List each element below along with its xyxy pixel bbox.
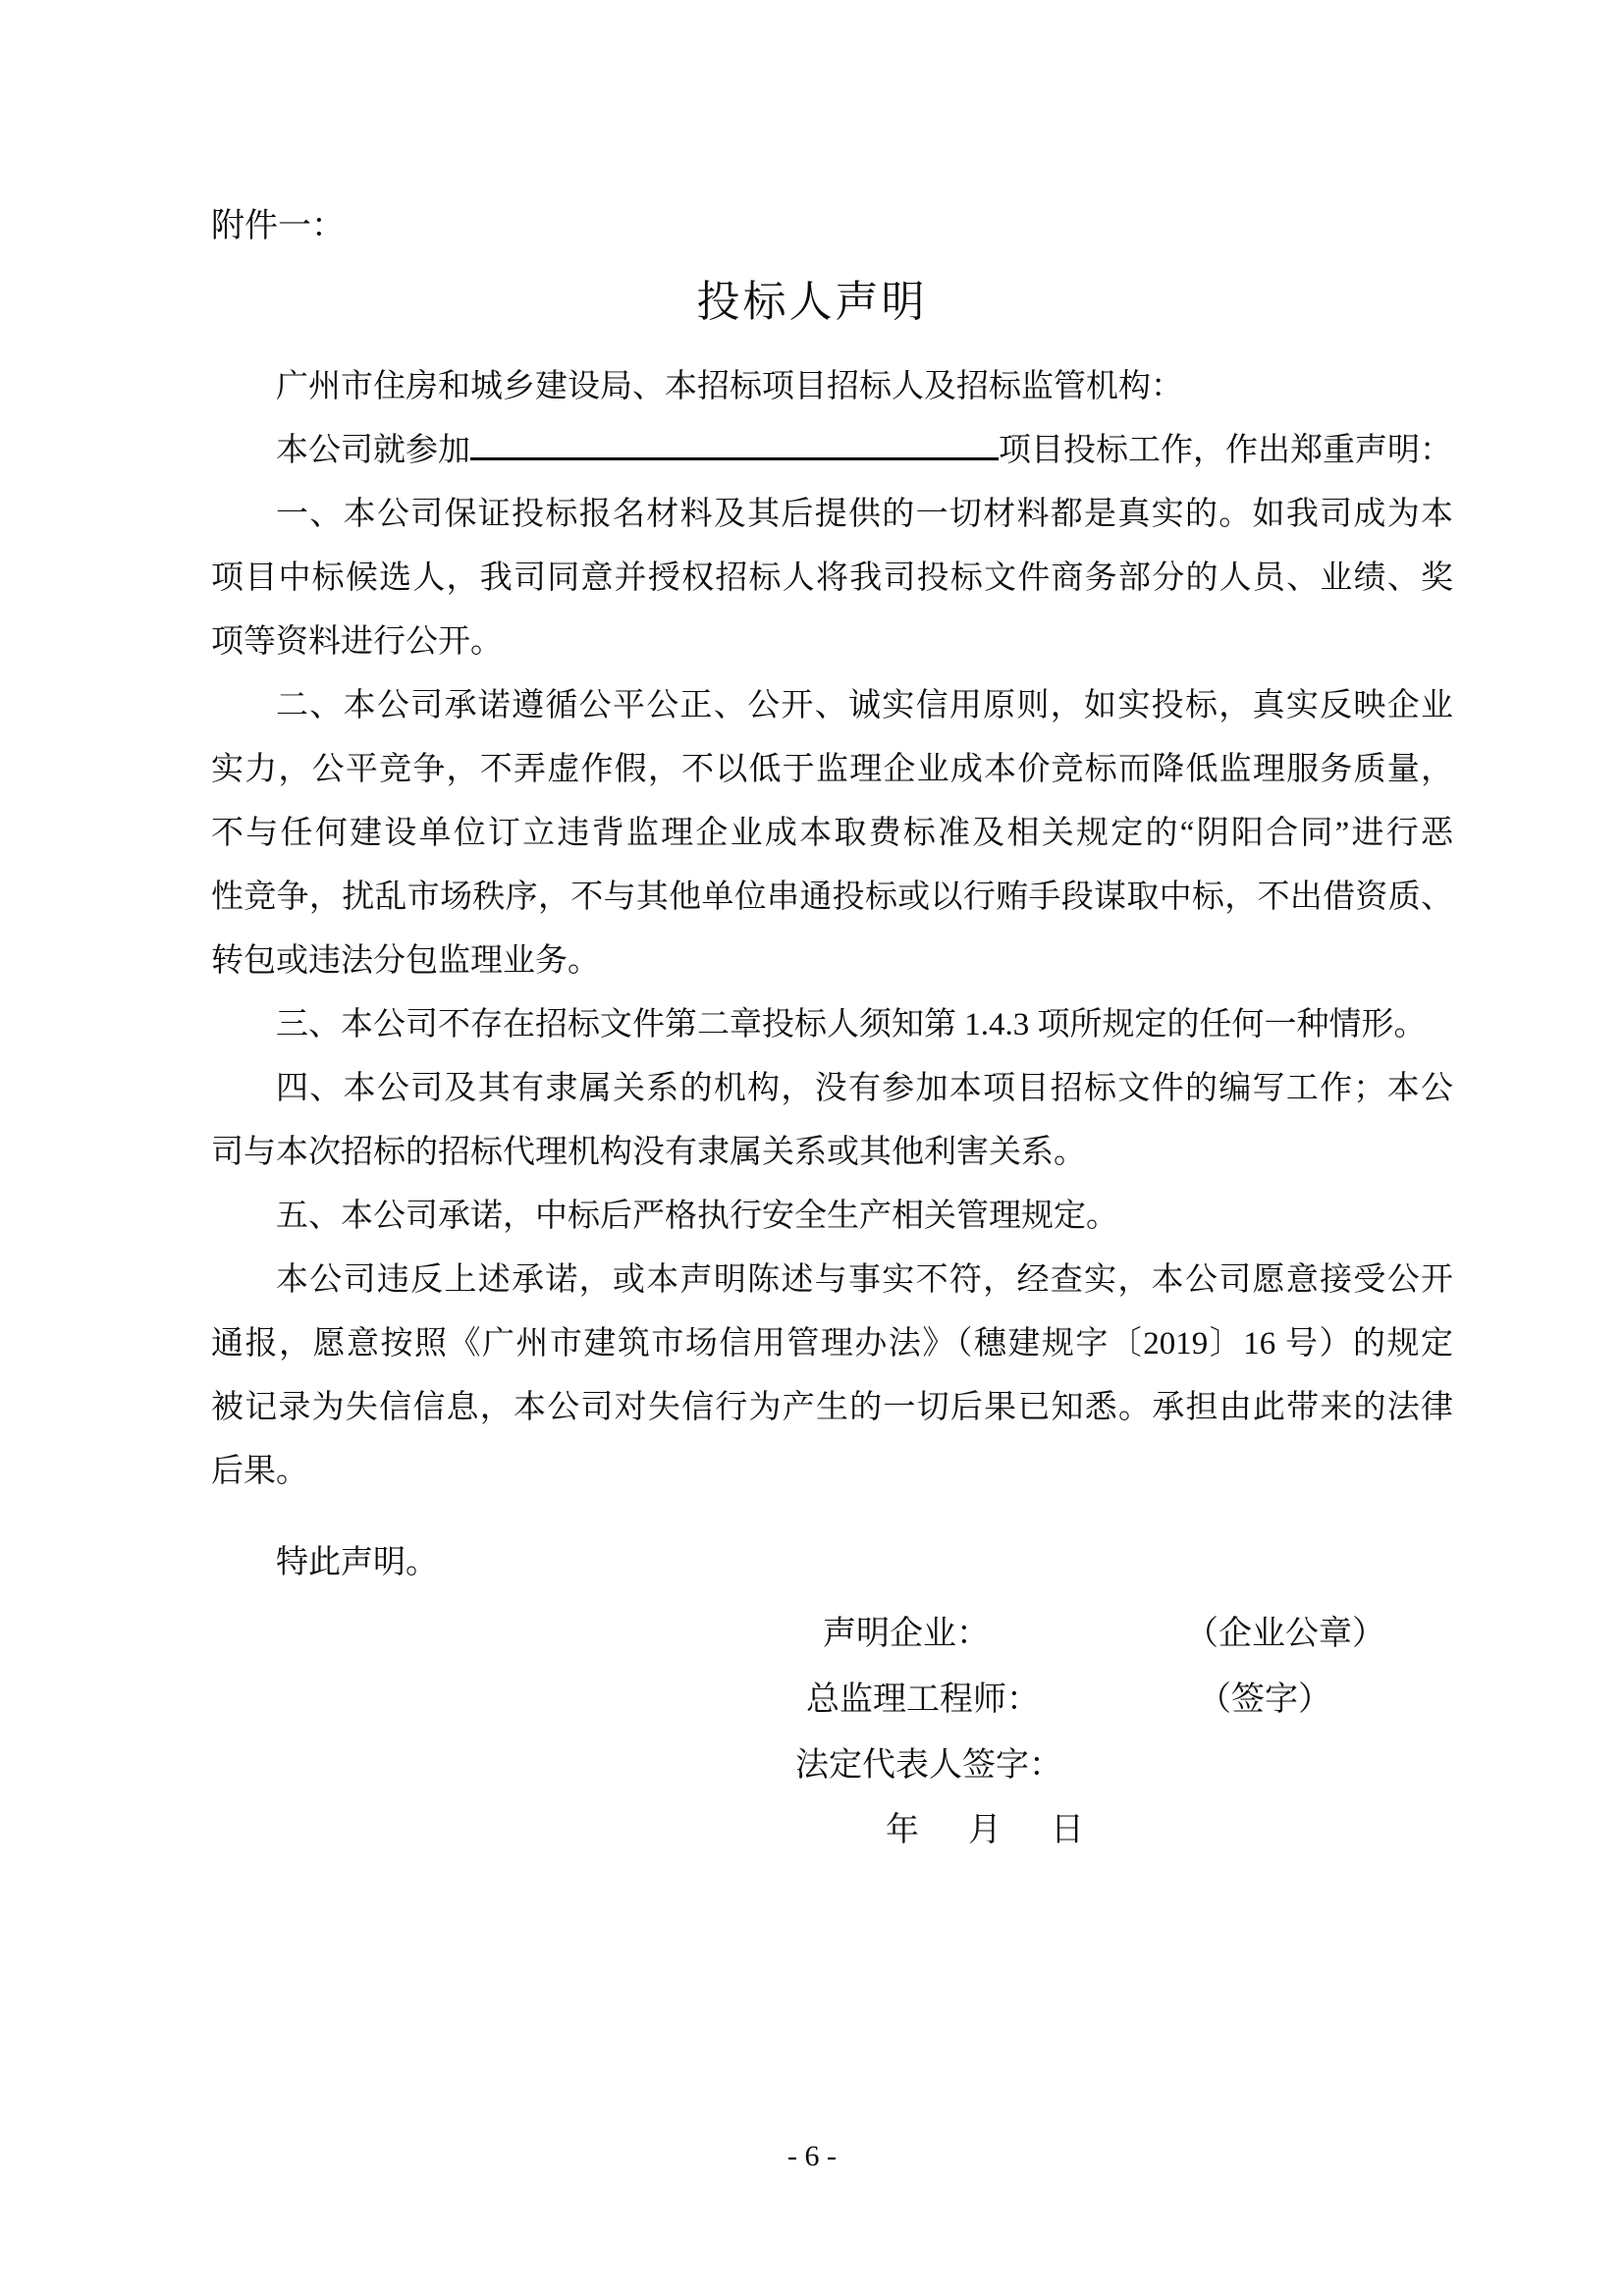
chief-engineer-label: 总监理工程师：: [806, 1683, 1040, 1717]
document-title: 投标人声明: [0, 281, 1624, 324]
item-2-line: 性竞争，扰乱市场秩序，不与其他单位串通投标或以行贿手段谋取中标，不出借资质、: [211, 866, 1453, 930]
item-4-line: 司与本次招标的招标代理机构没有隶属关系或其他利害关系。: [211, 1121, 1453, 1185]
attachment-label: 附件一：: [211, 210, 345, 243]
item-2-line: 不与任何建设单位订立违背监理企业成本取费标准及相关规定的“阴阳合同”进行恶: [211, 802, 1453, 866]
company-seal-note: （企业公章）: [1185, 1618, 1385, 1651]
date-year-label: 年: [886, 1814, 919, 1847]
item-4-line: 四、本公司及其有隶属关系的机构，没有参加本项目招标文件的编写工作；本公: [211, 1057, 1453, 1121]
date-day-label: 日: [1051, 1814, 1084, 1847]
item-5-line: 五、本公司承诺，中标后严格执行安全生产相关管理规定。: [211, 1185, 1453, 1249]
closing-statement-line: 特此声明。: [211, 1531, 1453, 1595]
blank-underline: [470, 448, 999, 460]
declaring-company-label: 声明企业：: [823, 1618, 990, 1651]
breach-consequences-line: 被记录为失信信息，本公司对失信行为产生的一切后果已知悉。承担由此带来的法律: [211, 1376, 1453, 1440]
item-2-line: 二、本公司承诺遵循公平公正、公开、诚实信用原则，如实投标，真实反映企业: [211, 674, 1453, 738]
salutation-line: 广州市住房和城乡建设局、本招标项目招标人及招标监管机构：: [211, 355, 1453, 419]
participation-suffix: 项目投标工作，作出郑重声明：: [999, 433, 1452, 468]
participation-prefix: 本公司就参加: [276, 433, 470, 468]
date-line: 年 月 日: [886, 1814, 1084, 1847]
breach-consequences-line: 后果。: [211, 1440, 1453, 1504]
item-2-line: 转包或违法分包监理业务。: [211, 930, 1453, 993]
participation-statement-line: 本公司就参加项目投标工作，作出郑重声明：: [211, 419, 1453, 483]
item-3-line: 三、本公司不存在招标文件第二章投标人须知第 1.4.3 项所规定的任何一种情形。: [211, 993, 1453, 1057]
item-1-line: 项等资料进行公开。: [211, 611, 1453, 674]
document-page: 附件一： 投标人声明 广州市住房和城乡建设局、本招标项目招标人及招标监管机构：本…: [0, 0, 1624, 2296]
date-month-label: 月: [968, 1814, 1001, 1847]
breach-consequences-line: 本公司违反上述承诺，或本声明陈述与事实不符，经查实，本公司愿意接受公开: [211, 1249, 1453, 1312]
item-1-line: 项目中标候选人，我司同意并授权招标人将我司投标文件商务部分的人员、业绩、奖: [211, 547, 1453, 611]
breach-consequences-line: 通报，愿意按照《广州市建筑市场信用管理办法》（穗建规字〔2019〕16 号）的规…: [211, 1312, 1453, 1376]
item-1-line: 一、本公司保证投标报名材料及其后提供的一切材料都是真实的。如我司成为本: [211, 483, 1453, 547]
item-2-line: 实力，公平竞争，不弄虚作假，不以低于监理企业成本价竞标而降低监理服务质量，: [211, 738, 1453, 802]
sign-note: （签字）: [1198, 1683, 1331, 1717]
page-number: - 6 -: [0, 2142, 1624, 2171]
legal-representative-label: 法定代表人签字：: [795, 1749, 1062, 1783]
document-body: 广州市住房和城乡建设局、本招标项目招标人及招标监管机构：本公司就参加项目投标工作…: [211, 355, 1453, 1595]
